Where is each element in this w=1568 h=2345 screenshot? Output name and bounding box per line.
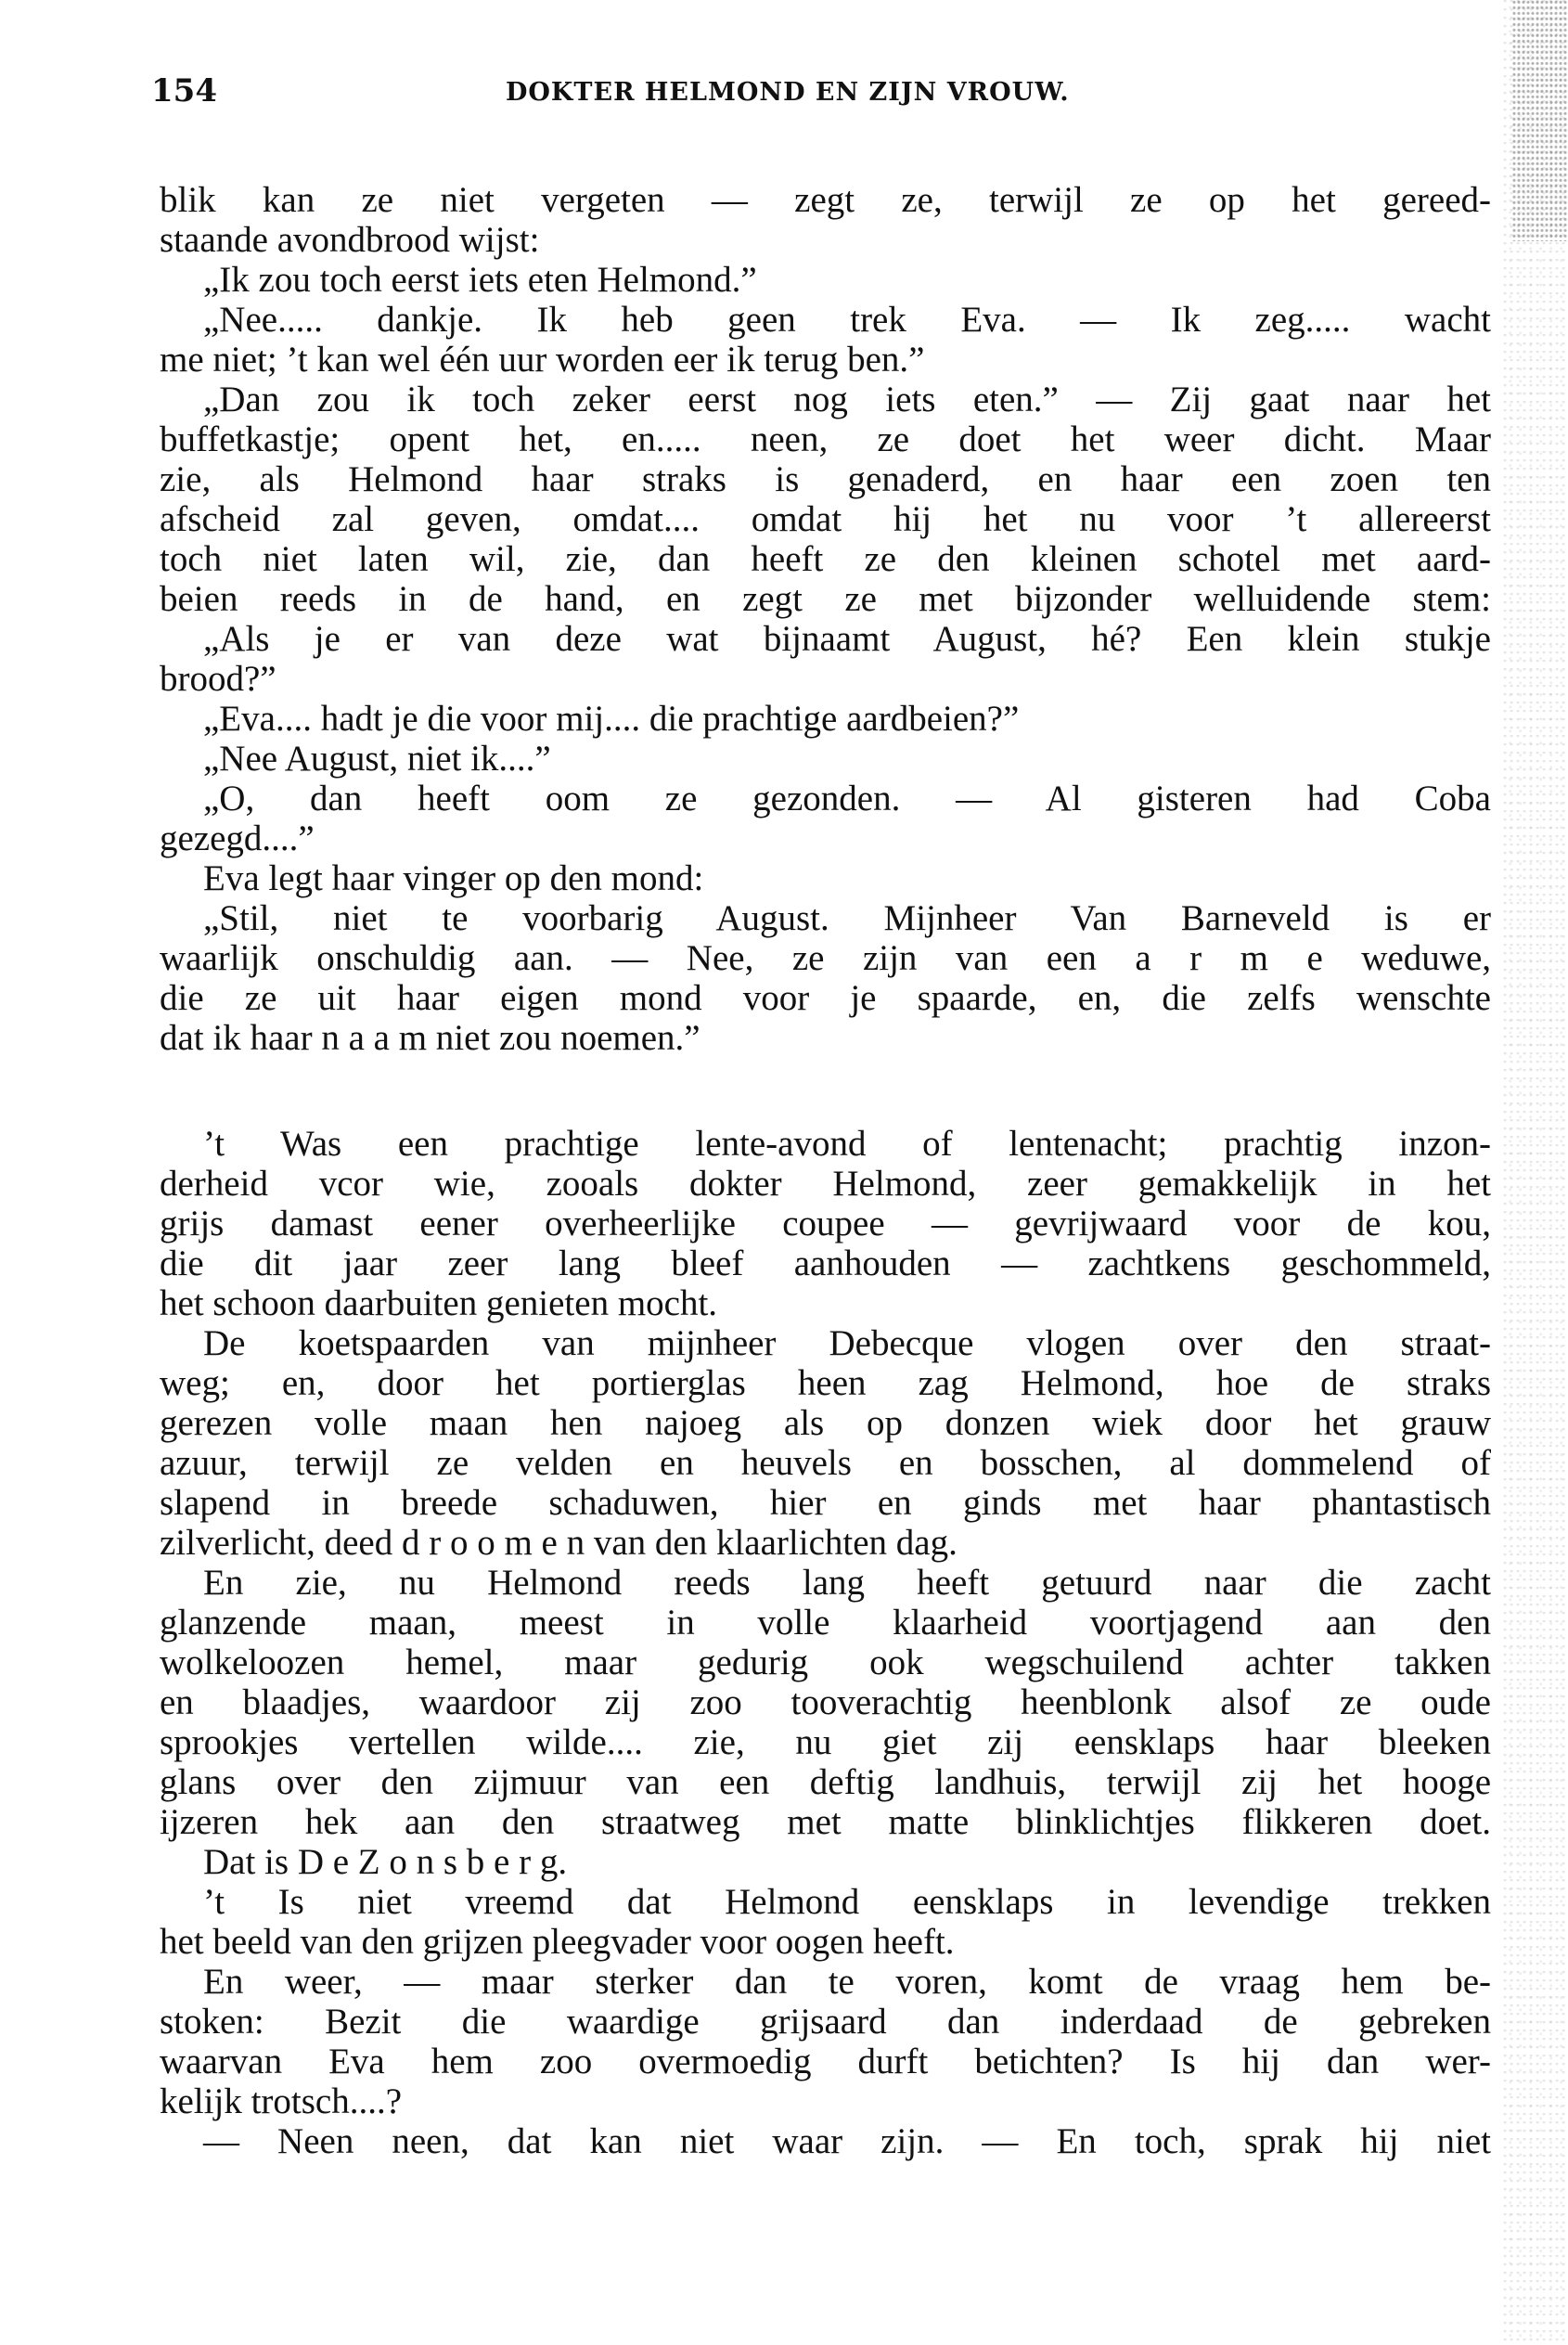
text-line: zie, als Helmond haar straks is genaderd… — [160, 460, 1491, 499]
text-line: buffetkastje; opent het, en..... neen, z… — [160, 420, 1491, 459]
text-line: toch niet laten wil, zie, dan heeft ze d… — [160, 540, 1491, 579]
text-line: het schoon daarbuiten genieten mocht. — [160, 1284, 1491, 1323]
text-line: „O, dan heeft oom ze gezonden. — Al gist… — [203, 780, 1491, 818]
text-line: „Nee..... dankje. Ik heb geen trek Eva. … — [203, 301, 1491, 340]
page-header: 154 DOKTER HELMOND EN ZIJN VROUW. — [0, 72, 1568, 110]
text-line: „Stil, niet te voorbarig August. Mijnhee… — [203, 899, 1491, 938]
text-line: De koetspaarden van mijnheer Debecque vl… — [203, 1324, 1491, 1363]
text-line: glans over den zijmuur van een deftig la… — [160, 1763, 1491, 1802]
text-line: Dat is D e Z o n s b e r g. — [203, 1843, 1491, 1882]
text-line: „Ik zou toch eerst iets eten Helmond.” — [203, 261, 1491, 300]
page-edge-speckle — [1503, 0, 1568, 2345]
running-title: DOKTER HELMOND EN ZIJN VROUW. — [506, 78, 1070, 107]
text-line: wolkeloozen hemel, maar gedurig ook wegs… — [160, 1643, 1491, 1682]
text-line: En weer, — maar sterker dan te voren, ko… — [203, 1963, 1491, 2002]
text-line: stoken: Bezit die waardige grijsaard dan… — [160, 2003, 1491, 2042]
text-line: het beeld van den grijzen pleegvader voo… — [160, 1923, 1491, 1962]
text-line: waarlijk onschuldig aan. — Nee, ze zijn … — [160, 939, 1491, 978]
text-line: blik kan ze niet vergeten — zegt ze, ter… — [160, 181, 1491, 220]
text-line: ’t Is niet vreemd dat Helmond eensklaps … — [203, 1883, 1491, 1922]
text-line: beien reeds in de hand, en zegt ze met b… — [160, 580, 1491, 619]
text-line: gerezen volle maan hen najoeg als op don… — [160, 1404, 1491, 1443]
text-line: En zie, nu Helmond reeds lang heeft getu… — [203, 1564, 1491, 1603]
text-line: derheid vcor wie, zooals dokter Helmond,… — [160, 1165, 1491, 1204]
text-line: glanzende maan, meest in volle klaarheid… — [160, 1604, 1491, 1643]
text-line: grijs damast eener overheerlijke coupee … — [160, 1205, 1491, 1243]
text-line: — Neen neen, dat kan niet waar zijn. — E… — [203, 2122, 1491, 2161]
text-line: dat ik haar n a a m niet zou noemen.” — [160, 1019, 1491, 1058]
text-line: azuur, terwijl ze velden en heuvels en b… — [160, 1444, 1491, 1483]
text-line: Eva legt haar vinger op den mond: — [203, 859, 1491, 898]
text-line: die dit jaar zeer lang bleef aanhouden —… — [160, 1244, 1491, 1283]
text-line: sprookjes vertellen wilde.... zie, nu gi… — [160, 1723, 1491, 1762]
text-line: kelijk trotsch....? — [160, 2082, 1491, 2121]
text-line: afscheid zal geven, omdat.... omdat hij … — [160, 500, 1491, 539]
text-line: ijzeren hek aan den straatweg met matte … — [160, 1803, 1491, 1842]
scanned-book-page: 154 DOKTER HELMOND EN ZIJN VROUW. blik k… — [0, 0, 1568, 2345]
text-line: gezegd....” — [160, 819, 1491, 858]
text-line: „Eva.... hadt je die voor mij.... die pr… — [203, 700, 1491, 739]
text-line: en blaadjes, waardoor zij zoo tooveracht… — [160, 1683, 1491, 1722]
text-line: „Nee August, niet ik....” — [203, 740, 1491, 779]
text-line: ’t Was een prachtige lente-avond of lent… — [203, 1125, 1491, 1164]
text-line: staande avondbrood wijst: — [160, 221, 1491, 260]
text-line: weg; en, door het portierglas heen zag H… — [160, 1364, 1491, 1403]
text-line: me niet; ’t kan wel één uur worden eer i… — [160, 341, 1491, 380]
text-line: „Als je er van deze wat bijnaamt August,… — [203, 620, 1491, 659]
text-line: waarvan Eva hem zoo overmoedig durft bet… — [160, 2042, 1491, 2081]
text-line: die ze uit haar eigen mond voor je spaar… — [160, 979, 1491, 1018]
page-number: 154 — [151, 72, 217, 110]
text-line: zilverlicht, deed d r o o m e n van den … — [160, 1524, 1491, 1563]
text-line: slapend in breede schaduwen, hier en gin… — [160, 1484, 1491, 1523]
text-line: brood?” — [160, 660, 1491, 699]
text-line: „Dan zou ik toch zeker eerst nog iets et… — [203, 380, 1491, 419]
page-edge-shadow — [1512, 0, 1568, 241]
